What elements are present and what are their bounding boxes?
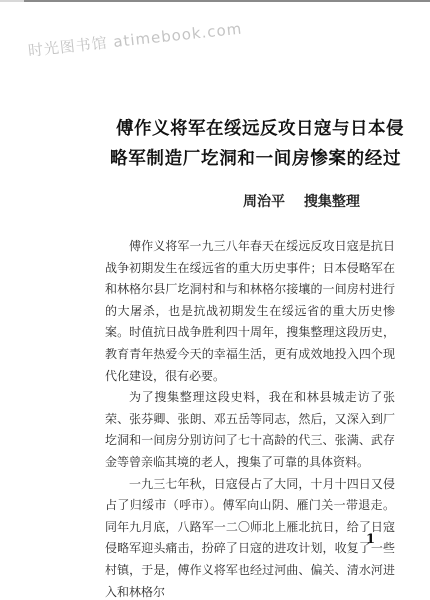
paragraph: 为了搜集整理这段史料，我在和林县城走访了张荣、张芬卿、张朗、邓五岳等同志，然后，… xyxy=(105,387,395,473)
article-body: 傅作义将军一九三八年春天在绥远反攻日寇是抗日战争初期发生在绥远省的重大历史事件；… xyxy=(105,236,395,600)
title-line-1: 傅作义将军在绥远反攻日寇与日本侵 xyxy=(110,114,430,144)
article-title: 傅作义将军在绥远反攻日寇与日本侵 略军制造厂圪洞和一间房惨案的经过 xyxy=(110,114,430,174)
paragraph: 一九三七年秋，日寇侵占了大同，十月十四日又侵占了归绥市（呼市）。傅军向山阴、雁门… xyxy=(105,474,395,600)
page-number: 1 xyxy=(366,532,375,547)
top-corner-mark xyxy=(0,0,24,2)
watermark: 时光图书馆 atimebook.com xyxy=(27,18,243,61)
author-role: 搜集整理 xyxy=(304,194,360,210)
byline: 周治平 搜集整理 xyxy=(243,191,360,211)
title-line-2: 略军制造厂圪洞和一间房惨案的经过 xyxy=(110,144,430,174)
top-border-rule xyxy=(24,0,430,2)
paragraph: 傅作义将军一九三八年春天在绥远反攻日寇是抗日战争初期发生在绥远省的重大历史事件；… xyxy=(105,236,395,387)
author-name: 周治平 xyxy=(243,194,285,210)
